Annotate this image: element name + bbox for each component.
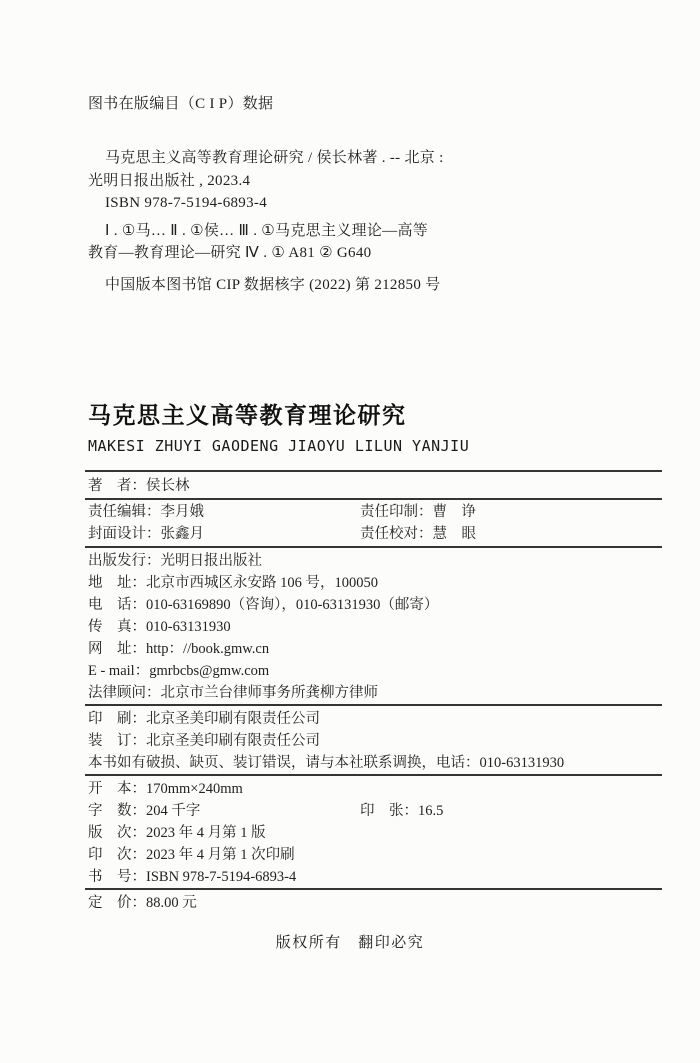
cip-class-line-2: 教育—教育理论—研究 Ⅳ . ① A81 ② G640	[88, 242, 628, 265]
colophon-group-publisher: 出版发行：光明日报出版社 地 址：北京市西城区永安路 106 号，100050 …	[85, 546, 662, 704]
field-label: 书 号：	[88, 869, 146, 885]
cell: 装 订：北京圣美印刷有限责任公司	[88, 730, 320, 752]
field-value: 北京市兰台律师事务所龚柳方律师	[161, 685, 379, 701]
field-label: 印 次：	[88, 847, 146, 863]
field-value: 88.00 元	[146, 895, 197, 911]
field-label: 责任印制：	[360, 504, 433, 520]
colophon-row-price: 定 价：88.00 元	[88, 892, 662, 914]
cell: 印 刷：北京圣美印刷有限责任公司	[88, 708, 320, 730]
field-label: 传 真：	[88, 619, 146, 635]
colophon-group-price: 定 价：88.00 元	[85, 888, 662, 914]
colophon-row-editor: 责任编辑：李月娥 责任印制：曹 诤	[88, 501, 662, 523]
field-label: E - mail：	[88, 663, 149, 679]
book-copyright-page: 图书在版编目（C I P）数据 马克思主义高等教育理论研究 / 侯长林著 . -…	[0, 0, 700, 1063]
colophon-row-edition: 版 次：2023 年 4 月第 1 版	[88, 822, 662, 844]
colophon-row-wordcount: 字 数：204 千字 印 张：16.5	[88, 800, 662, 822]
field-label: 开 本：	[88, 781, 146, 797]
cell: 责任印制：曹 诤	[360, 501, 476, 523]
colophon-row-printer: 印 刷：北京圣美印刷有限责任公司	[88, 708, 662, 730]
cip-record-line-1: 马克思主义高等教育理论研究 / 侯长林著 . -- 北京 :	[88, 147, 628, 170]
cip-isbn-line: ISBN 978-7-5194-6893-4	[88, 192, 628, 215]
field-value: 010-63131930	[146, 619, 231, 635]
cell: 书 号：ISBN 978-7-5194-6893-4	[88, 866, 296, 888]
colophon-row-author: 著 者：侯长林	[88, 475, 662, 497]
field-label: 地 址：	[88, 575, 146, 591]
cell: 责任校对：慧 眼	[360, 523, 476, 545]
cell: 网 址：http：//book.gmw.cn	[88, 638, 269, 660]
colophon-row-publisher: 出版发行：光明日报出版社	[88, 550, 662, 572]
field-label: 责任编辑：	[88, 504, 161, 520]
cip-registry-line: 中国版本图书馆 CIP 数据核字 (2022) 第 212850 号	[88, 274, 628, 297]
colophon-row-defect-notice: 本书如有破损、缺页、装订错误，请与本社联系调换，电话：010-63131930	[88, 752, 662, 774]
book-title: 马克思主义高等教育理论研究	[88, 402, 469, 428]
cell: E - mail：gmrbcbs@gmw.com	[88, 660, 269, 682]
cell: 法律顾问：北京市兰台律师事务所龚柳方律师	[88, 682, 378, 704]
cell: 印 次：2023 年 4 月第 1 次印刷	[88, 844, 295, 866]
cell: 印 张：16.5	[360, 800, 443, 822]
colophon-group-specs: 开 本：170mm×240mm 字 数：204 千字 印 张：16.5 版 次：…	[85, 774, 662, 888]
colophon-group-author: 著 者：侯长林	[85, 470, 662, 498]
colophon-row-binding: 装 订：北京圣美印刷有限责任公司	[88, 730, 662, 752]
field-label: 封面设计：	[88, 526, 161, 542]
field-value: 慧 眼	[433, 526, 477, 542]
title-block: 马克思主义高等教育理论研究 MAKESI ZHUYI GAODENG JIAOY…	[88, 402, 469, 455]
book-title-pinyin: MAKESI ZHUYI GAODENG JIAOYU LILUN YANJIU	[88, 437, 469, 455]
field-value: http：//book.gmw.cn	[146, 641, 269, 657]
field-label: 字 数：	[88, 803, 146, 819]
field-label: 著 者：	[88, 478, 146, 494]
field-value: 北京圣美印刷有限责任公司	[146, 711, 320, 727]
colophon-row-cover-design: 封面设计：张鑫月 责任校对：慧 眼	[88, 523, 662, 545]
field-value: 2023 年 4 月第 1 次印刷	[146, 847, 295, 863]
field-value: 16.5	[418, 803, 443, 819]
cell: 电 话：010-63169890（咨询），010-63131930（邮寄）	[88, 594, 438, 616]
cell: 出版发行：光明日报出版社	[88, 550, 262, 572]
field-label: 责任校对：	[360, 526, 433, 542]
field-value: 2023 年 4 月第 1 版	[146, 825, 266, 841]
defect-notice-text: 本书如有破损、缺页、装订错误，请与本社联系调换，电话：010-63131930	[88, 752, 564, 774]
field-value: 北京市西城区永安路 106 号，100050	[146, 575, 378, 591]
colophon-row-phone: 电 话：010-63169890（咨询），010-63131930（邮寄）	[88, 594, 662, 616]
field-value: 204 千字	[146, 803, 200, 819]
cip-class-line-1: Ⅰ . ①马… Ⅱ . ①侯… Ⅲ . ①马克思主义理论—高等	[88, 220, 628, 243]
colophon-row-email: E - mail：gmrbcbs@gmw.com	[88, 660, 662, 682]
colophon-row-fax: 传 真：010-63131930	[88, 616, 662, 638]
cell: 版 次：2023 年 4 月第 1 版	[88, 822, 266, 844]
field-label: 电 话：	[88, 597, 146, 613]
field-label: 装 订：	[88, 733, 146, 749]
colophon-row-address: 地 址：北京市西城区永安路 106 号，100050	[88, 572, 662, 594]
field-label: 版 次：	[88, 825, 146, 841]
cell: 封面设计：张鑫月	[88, 523, 360, 545]
colophon-row-website: 网 址：http：//book.gmw.cn	[88, 638, 662, 660]
cell: 传 真：010-63131930	[88, 616, 231, 638]
field-value: gmrbcbs@gmw.com	[149, 663, 269, 679]
field-label: 印 刷：	[88, 711, 146, 727]
colophon-group-printing: 印 刷：北京圣美印刷有限责任公司 装 订：北京圣美印刷有限责任公司 本书如有破损…	[85, 704, 662, 774]
field-label: 出版发行：	[88, 553, 161, 569]
cell: 责任编辑：李月娥	[88, 501, 360, 523]
cip-heading: 图书在版编目（C I P）数据	[88, 93, 628, 115]
field-value: ISBN 978-7-5194-6893-4	[146, 869, 296, 885]
field-value: 侯长林	[146, 478, 190, 494]
colophon-group-editors: 责任编辑：李月娥 责任印制：曹 诤 封面设计：张鑫月 责任校对：慧 眼	[85, 498, 662, 546]
cell: 地 址：北京市西城区永安路 106 号，100050	[88, 572, 378, 594]
cell: 字 数：204 千字	[88, 800, 360, 822]
field-label: 印 张：	[360, 803, 418, 819]
field-value: 李月娥	[161, 504, 205, 520]
colophon-row-format: 开 本：170mm×240mm	[88, 778, 662, 800]
field-value: 010-63169890（咨询），010-63131930（邮寄）	[146, 597, 438, 613]
cip-data-block: 图书在版编目（C I P）数据 马克思主义高等教育理论研究 / 侯长林著 . -…	[88, 93, 628, 296]
field-value: 曹 诤	[433, 504, 477, 520]
cell: 开 本：170mm×240mm	[88, 778, 243, 800]
field-value: 170mm×240mm	[146, 781, 243, 797]
field-value: 光明日报出版社	[161, 553, 263, 569]
cell: 定 价：88.00 元	[88, 892, 197, 914]
copyright-notice: 版权所有 翻印必究	[0, 931, 700, 952]
colophon-table: 著 者：侯长林 责任编辑：李月娥 责任印制：曹 诤 封面设计：张鑫月 责任校对：…	[85, 470, 662, 914]
field-value: 北京圣美印刷有限责任公司	[146, 733, 320, 749]
cip-record-line-2: 光明日报出版社 , 2023.4	[88, 170, 628, 193]
cell: 著 者：侯长林	[88, 475, 190, 497]
colophon-row-impression: 印 次：2023 年 4 月第 1 次印刷	[88, 844, 662, 866]
field-label: 定 价：	[88, 895, 146, 911]
field-label: 法律顾问：	[88, 685, 161, 701]
field-label: 网 址：	[88, 641, 146, 657]
colophon-row-isbn: 书 号：ISBN 978-7-5194-6893-4	[88, 866, 662, 888]
field-value: 张鑫月	[161, 526, 205, 542]
colophon-row-legal-counsel: 法律顾问：北京市兰台律师事务所龚柳方律师	[88, 682, 662, 704]
